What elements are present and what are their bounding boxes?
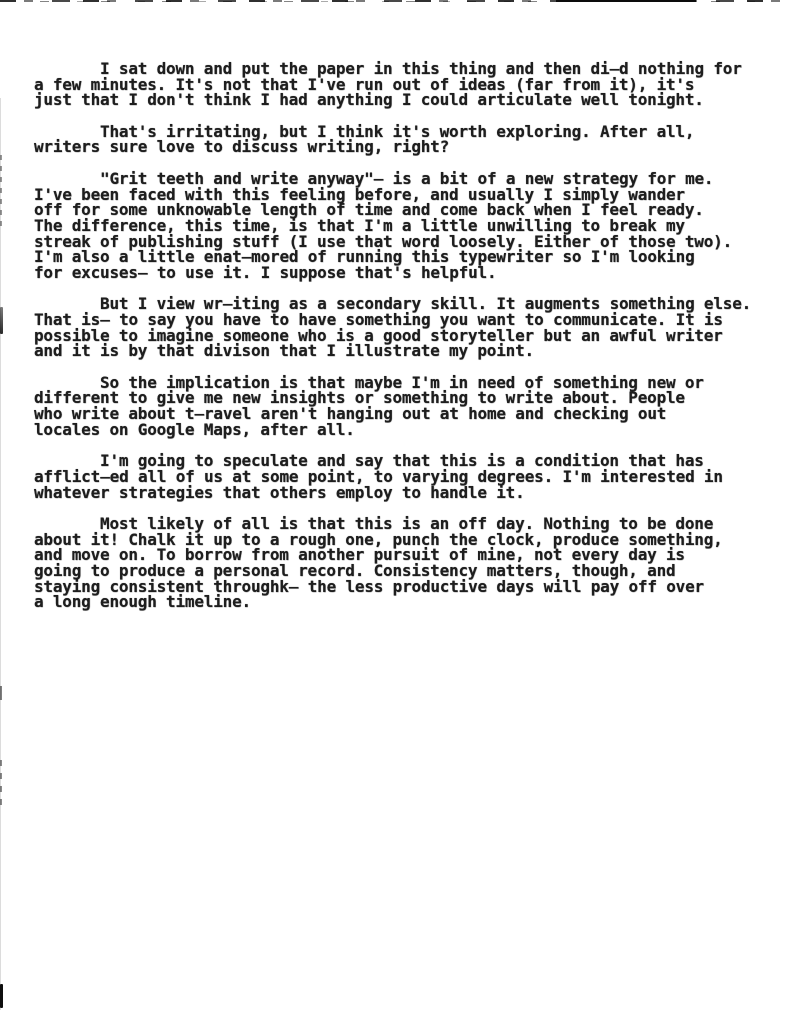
scan-mark-bottom-left-corner <box>0 984 3 1008</box>
paragraph: But I view wr̶iting as a secondary skill… <box>34 296 751 359</box>
text-line: just that I don't think I had anything I… <box>34 92 751 108</box>
typewritten-page: I sat down and put the paper in this thi… <box>0 0 791 1023</box>
text-line: a long enough timeline. <box>34 594 751 610</box>
scan-mark-left-upper <box>0 150 2 226</box>
paragraph: Most likely of all is that this is an of… <box>34 516 751 610</box>
paragraph: So the implication is that maybe I'm in … <box>34 375 751 438</box>
paragraph: I sat down and put the paper in this thi… <box>34 61 751 108</box>
text-line: and it is by that divison that I illustr… <box>34 343 751 359</box>
scan-mark-left-lower <box>0 686 2 700</box>
text-line: whatever strategies that others employ t… <box>34 485 751 501</box>
text-line: writers sure love to discuss writing, ri… <box>34 139 751 155</box>
paragraph: That's irritating, but I think it's wort… <box>34 124 751 155</box>
paragraph: I'm going to speculate and say that this… <box>34 453 751 500</box>
scan-mark-left-middle <box>0 307 3 334</box>
document-body: I sat down and put the paper in this thi… <box>34 61 751 626</box>
text-line: for excuses̶ to use it. I suppose that's… <box>34 265 751 281</box>
scan-edge-top-solid-segment <box>556 0 696 2</box>
paragraph: "Grit teeth and write anyway"̶ is a bit … <box>34 171 751 281</box>
text-line: locales on Google Maps, after all. <box>34 422 751 438</box>
scan-mark-left-lowest <box>0 755 2 805</box>
scan-edge-left-line <box>0 98 1 1010</box>
